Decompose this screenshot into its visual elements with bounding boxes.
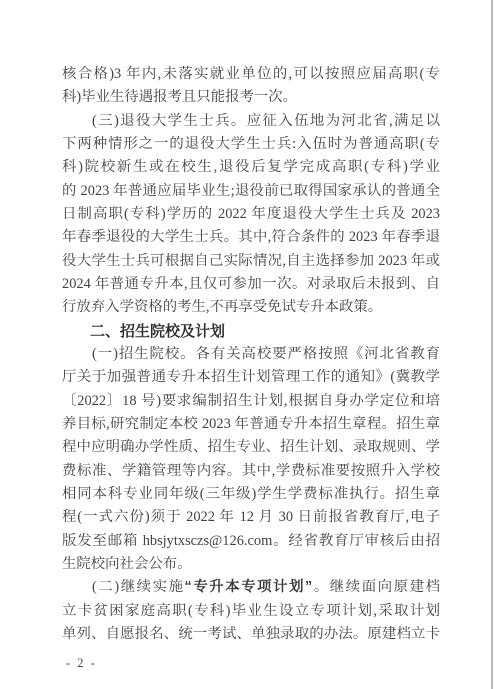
text-line: 程(一式六份)须于 2022 年 12 月 30 日前报省教育厅,电子 — [62, 506, 440, 529]
text-segment: 的 2023 年普通应届毕业生;退役前已取得国家承认的普通全 — [62, 183, 440, 199]
text-line: 核合格)3 年内,未落实就业单位的,可以按照应届高职(专 — [62, 63, 440, 86]
text-segment: 核合格)3 年内,未落实就业单位的,可以按照应届高职(专 — [62, 66, 440, 82]
text-segment: (一)招生院校。各有关高校要严格按照《河北省教育 — [92, 346, 440, 362]
text-segment: 〔2022〕18 号)要求编制招生计划,根据自身办学定位和培 — [62, 393, 440, 409]
text-line: 科)院校新生或在校生,退役后复学完成高职(专科)学业 — [62, 156, 440, 179]
text-segment: 科)毕业生待遇报考且只能报考一次。 — [62, 89, 297, 105]
document-body: 核合格)3 年内,未落实就业单位的,可以按照应届高职(专科)毕业生待遇报考且只能… — [62, 63, 440, 646]
section-heading: 二、招生院校及计划 — [62, 320, 440, 343]
text-segment: 版发至邮箱 hbsjytxsczs@126.com。经省教育厅审核后由招 — [62, 533, 440, 549]
text-line: 〔2022〕18 号)要求编制招生计划,根据自身办学定位和培 — [62, 390, 440, 413]
text-segment: 相同本科专业同年级(三年级)学生学费标准执行。招生章 — [62, 486, 440, 502]
text-segment: 。继续面向原建档 — [312, 579, 440, 595]
text-segment: 生院校向社会公布。 — [62, 556, 192, 572]
text-line: (二)继续实施“专升本专项计划”。继续面向原建档 — [62, 576, 440, 599]
text-segment: (二)继续实施 — [92, 579, 185, 595]
text-line: 年春季退役的大学生士兵。其中,符合条件的 2023 年春季退 — [62, 226, 440, 249]
text-line: 版发至邮箱 hbsjytxsczs@126.com。经省教育厅审核后由招 — [62, 530, 440, 553]
text-segment: 单列、自愿报名、统一考试、单独录取的办法。原建档立卡 — [62, 626, 440, 642]
text-segment: 行放弃入学资格的考生,不再享受免试专升本政策。 — [62, 299, 382, 315]
text-line: 单列、自愿报名、统一考试、单独录取的办法。原建档立卡 — [62, 623, 440, 646]
text-segment: (三)退役大学生士兵。应征入伍地为河北省,满足以 — [92, 113, 440, 129]
bold-phrase: “专升本专项计划” — [185, 579, 313, 595]
text-segment: 二、招生院校及计划 — [90, 323, 225, 340]
text-segment: 役大学生士兵可根据自己实际情况,自主选择参加 2023 年或 — [62, 253, 440, 269]
text-segment: 程(一式六份)须于 2022 年 12 月 30 日前报省教育厅,电子 — [62, 509, 440, 525]
text-segment: 厅关于加强普通专升本招生计划管理工作的通知》(冀教学 — [62, 369, 440, 385]
text-line: 日制高职(专科)学历的 2022 年度退役大学生士兵及 2023 — [62, 203, 440, 226]
text-line: 科)毕业生待遇报考且只能报考一次。 — [62, 86, 440, 109]
text-line: 立卡贫困家庭高职(专科)毕业生设立专项计划,采取计划 — [62, 600, 440, 623]
text-line: 下两种情形之一的退役大学生士兵:入伍时为普通高职(专 — [62, 133, 440, 156]
text-segment: 日制高职(专科)学历的 2022 年度退役大学生士兵及 2023 — [62, 206, 440, 222]
text-segment: 养目标,研究制定本校 2023 年普通专升本招生章程。招生章 — [62, 416, 440, 432]
text-line: 2024 年普通专升本,且仅可参加一次。对录取后未报到、自 — [62, 273, 440, 296]
text-segment: 科)院校新生或在校生,退役后复学完成高职(专科)学业 — [62, 159, 440, 175]
document-page: 核合格)3 年内,未落实就业单位的,可以按照应届高职(专科)毕业生待遇报考且只能… — [0, 0, 494, 689]
page-number: - 2 - — [66, 656, 97, 671]
text-line: 厅关于加强普通专升本招生计划管理工作的通知》(冀教学 — [62, 366, 440, 389]
text-line: (一)招生院校。各有关高校要严格按照《河北省教育 — [62, 343, 440, 366]
text-line: 生院校向社会公布。 — [62, 553, 440, 576]
text-line: 役大学生士兵可根据自己实际情况,自主选择参加 2023 年或 — [62, 250, 440, 273]
text-line: 的 2023 年普通应届毕业生;退役前已取得国家承认的普通全 — [62, 180, 440, 203]
text-line: 行放弃入学资格的考生,不再享受免试专升本政策。 — [62, 296, 440, 319]
text-segment: 2024 年普通专升本,且仅可参加一次。对录取后未报到、自 — [62, 276, 440, 292]
text-line: 养目标,研究制定本校 2023 年普通专升本招生章程。招生章 — [62, 413, 440, 436]
text-line: 费标准、学籍管理等内容。其中,学费标准要按照升入学校 — [62, 460, 440, 483]
text-segment: 程中应明确办学性质、招生专业、招生计划、录取规则、学 — [62, 439, 440, 455]
text-line: 程中应明确办学性质、招生专业、招生计划、录取规则、学 — [62, 436, 440, 459]
text-segment: 年春季退役的大学生士兵。其中,符合条件的 2023 年春季退 — [62, 229, 440, 245]
text-segment: 下两种情形之一的退役大学生士兵:入伍时为普通高职(专 — [62, 136, 440, 152]
text-line: 相同本科专业同年级(三年级)学生学费标准执行。招生章 — [62, 483, 440, 506]
text-line: (三)退役大学生士兵。应征入伍地为河北省,满足以 — [62, 110, 440, 133]
page-edge-line — [491, 0, 493, 689]
text-segment: 费标准、学籍管理等内容。其中,学费标准要按照升入学校 — [62, 463, 440, 479]
text-segment: 立卡贫困家庭高职(专科)毕业生设立专项计划,采取计划 — [62, 603, 440, 619]
